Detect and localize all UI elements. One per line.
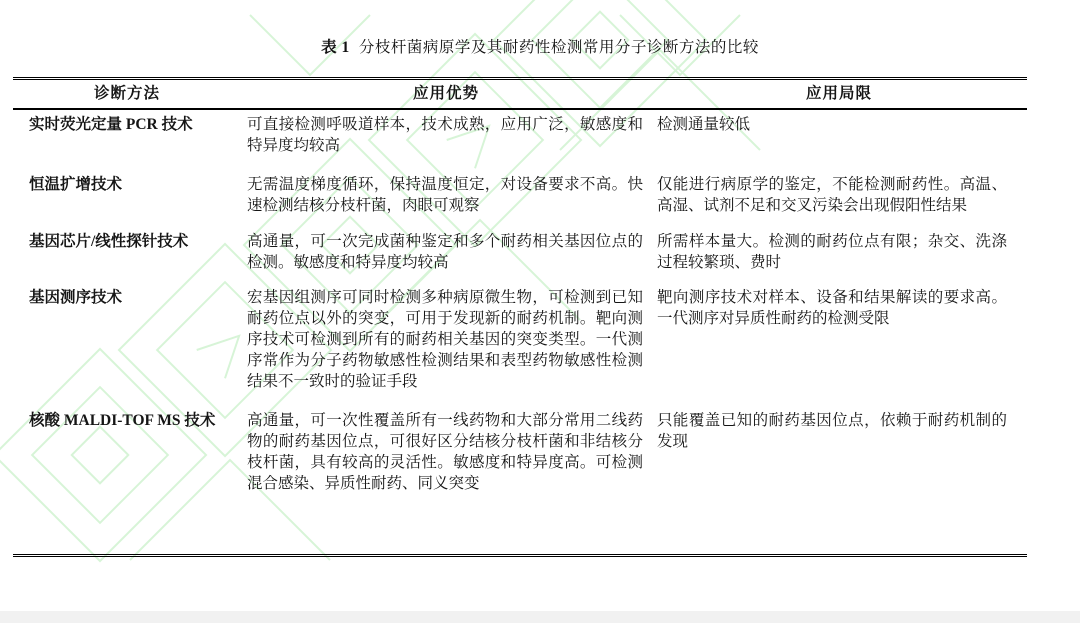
- column-header-advantages: 应用优势: [241, 79, 651, 110]
- table-caption: 表 1分枝杆菌病原学及其耐药性检测常用分子诊断方法的比较: [0, 35, 1080, 57]
- table-caption-label: 表 1: [321, 39, 350, 56]
- column-header-method: 诊断方法: [13, 79, 241, 110]
- column-header-limitations: 应用局限: [651, 79, 1027, 110]
- method-cell: 核酸 MALDI-TOF MS 技术: [13, 406, 241, 556]
- advantages-cell: 高通量，可一次性覆盖所有一线药物和大部分常用二线药物的耐药基因位点，可很好区分结…: [241, 406, 651, 556]
- limitations-cell: 只能覆盖已知的耐药基因位点，依赖于耐药机制的发现: [651, 406, 1027, 556]
- comparison-table: 诊断方法 应用优势 应用局限 实时荧光定量 PCR 技术 可直接检测呼吸道样本，…: [13, 77, 1027, 557]
- method-cell: 实时荧光定量 PCR 技术: [13, 109, 241, 170]
- document-page: 表 1分枝杆菌病原学及其耐药性检测常用分子诊断方法的比较 诊断方法 应用优势 应…: [0, 0, 1080, 623]
- table-row: 基因测序技术 宏基因组测序可同时检测多种病原微生物，可检测到已知耐药位点以外的突…: [13, 283, 1027, 406]
- table-row: 恒温扩增技术 无需温度梯度循环，保持温度恒定，对设备要求不高。快速检测结核分枝杆…: [13, 170, 1027, 227]
- limitations-cell: 所需样本量大。检测的耐药位点有限；杂交、洗涤过程较繁琐、费时: [651, 227, 1027, 283]
- table-caption-text: 分枝杆菌病原学及其耐药性检测常用分子诊断方法的比较: [359, 39, 759, 56]
- table-row: 实时荧光定量 PCR 技术 可直接检测呼吸道样本，技术成熟，应用广泛，敏感度和特…: [13, 109, 1027, 170]
- advantages-cell: 高通量，可一次完成菌种鉴定和多个耐药相关基因位点的检测。敏感度和特异度均较高: [241, 227, 651, 283]
- table-row: 核酸 MALDI-TOF MS 技术 高通量，可一次性覆盖所有一线药物和大部分常…: [13, 406, 1027, 556]
- advantages-cell: 无需温度梯度循环，保持温度恒定，对设备要求不高。快速检测结核分枝杆菌，肉眼可观察: [241, 170, 651, 227]
- method-cell: 基因芯片/线性探针技术: [13, 227, 241, 283]
- limitations-cell: 靶向测序技术对样本、设备和结果解读的要求高。一代测序对异质性耐药的检测受限: [651, 283, 1027, 406]
- table-header-row: 诊断方法 应用优势 应用局限: [13, 79, 1027, 110]
- advantages-cell: 可直接检测呼吸道样本，技术成熟，应用广泛，敏感度和特异度均较高: [241, 109, 651, 170]
- advantages-cell: 宏基因组测序可同时检测多种病原微生物，可检测到已知耐药位点以外的突变，可用于发现…: [241, 283, 651, 406]
- method-cell: 恒温扩增技术: [13, 170, 241, 227]
- limitations-cell: 检测通量较低: [651, 109, 1027, 170]
- table-row: 基因芯片/线性探针技术 高通量，可一次完成菌种鉴定和多个耐药相关基因位点的检测。…: [13, 227, 1027, 283]
- page-bottom-margin: [0, 611, 1080, 623]
- limitations-cell: 仅能进行病原学的鉴定，不能检测耐药性。高温、高湿、试剂不足和交叉污染会出现假阳性…: [651, 170, 1027, 227]
- method-cell: 基因测序技术: [13, 283, 241, 406]
